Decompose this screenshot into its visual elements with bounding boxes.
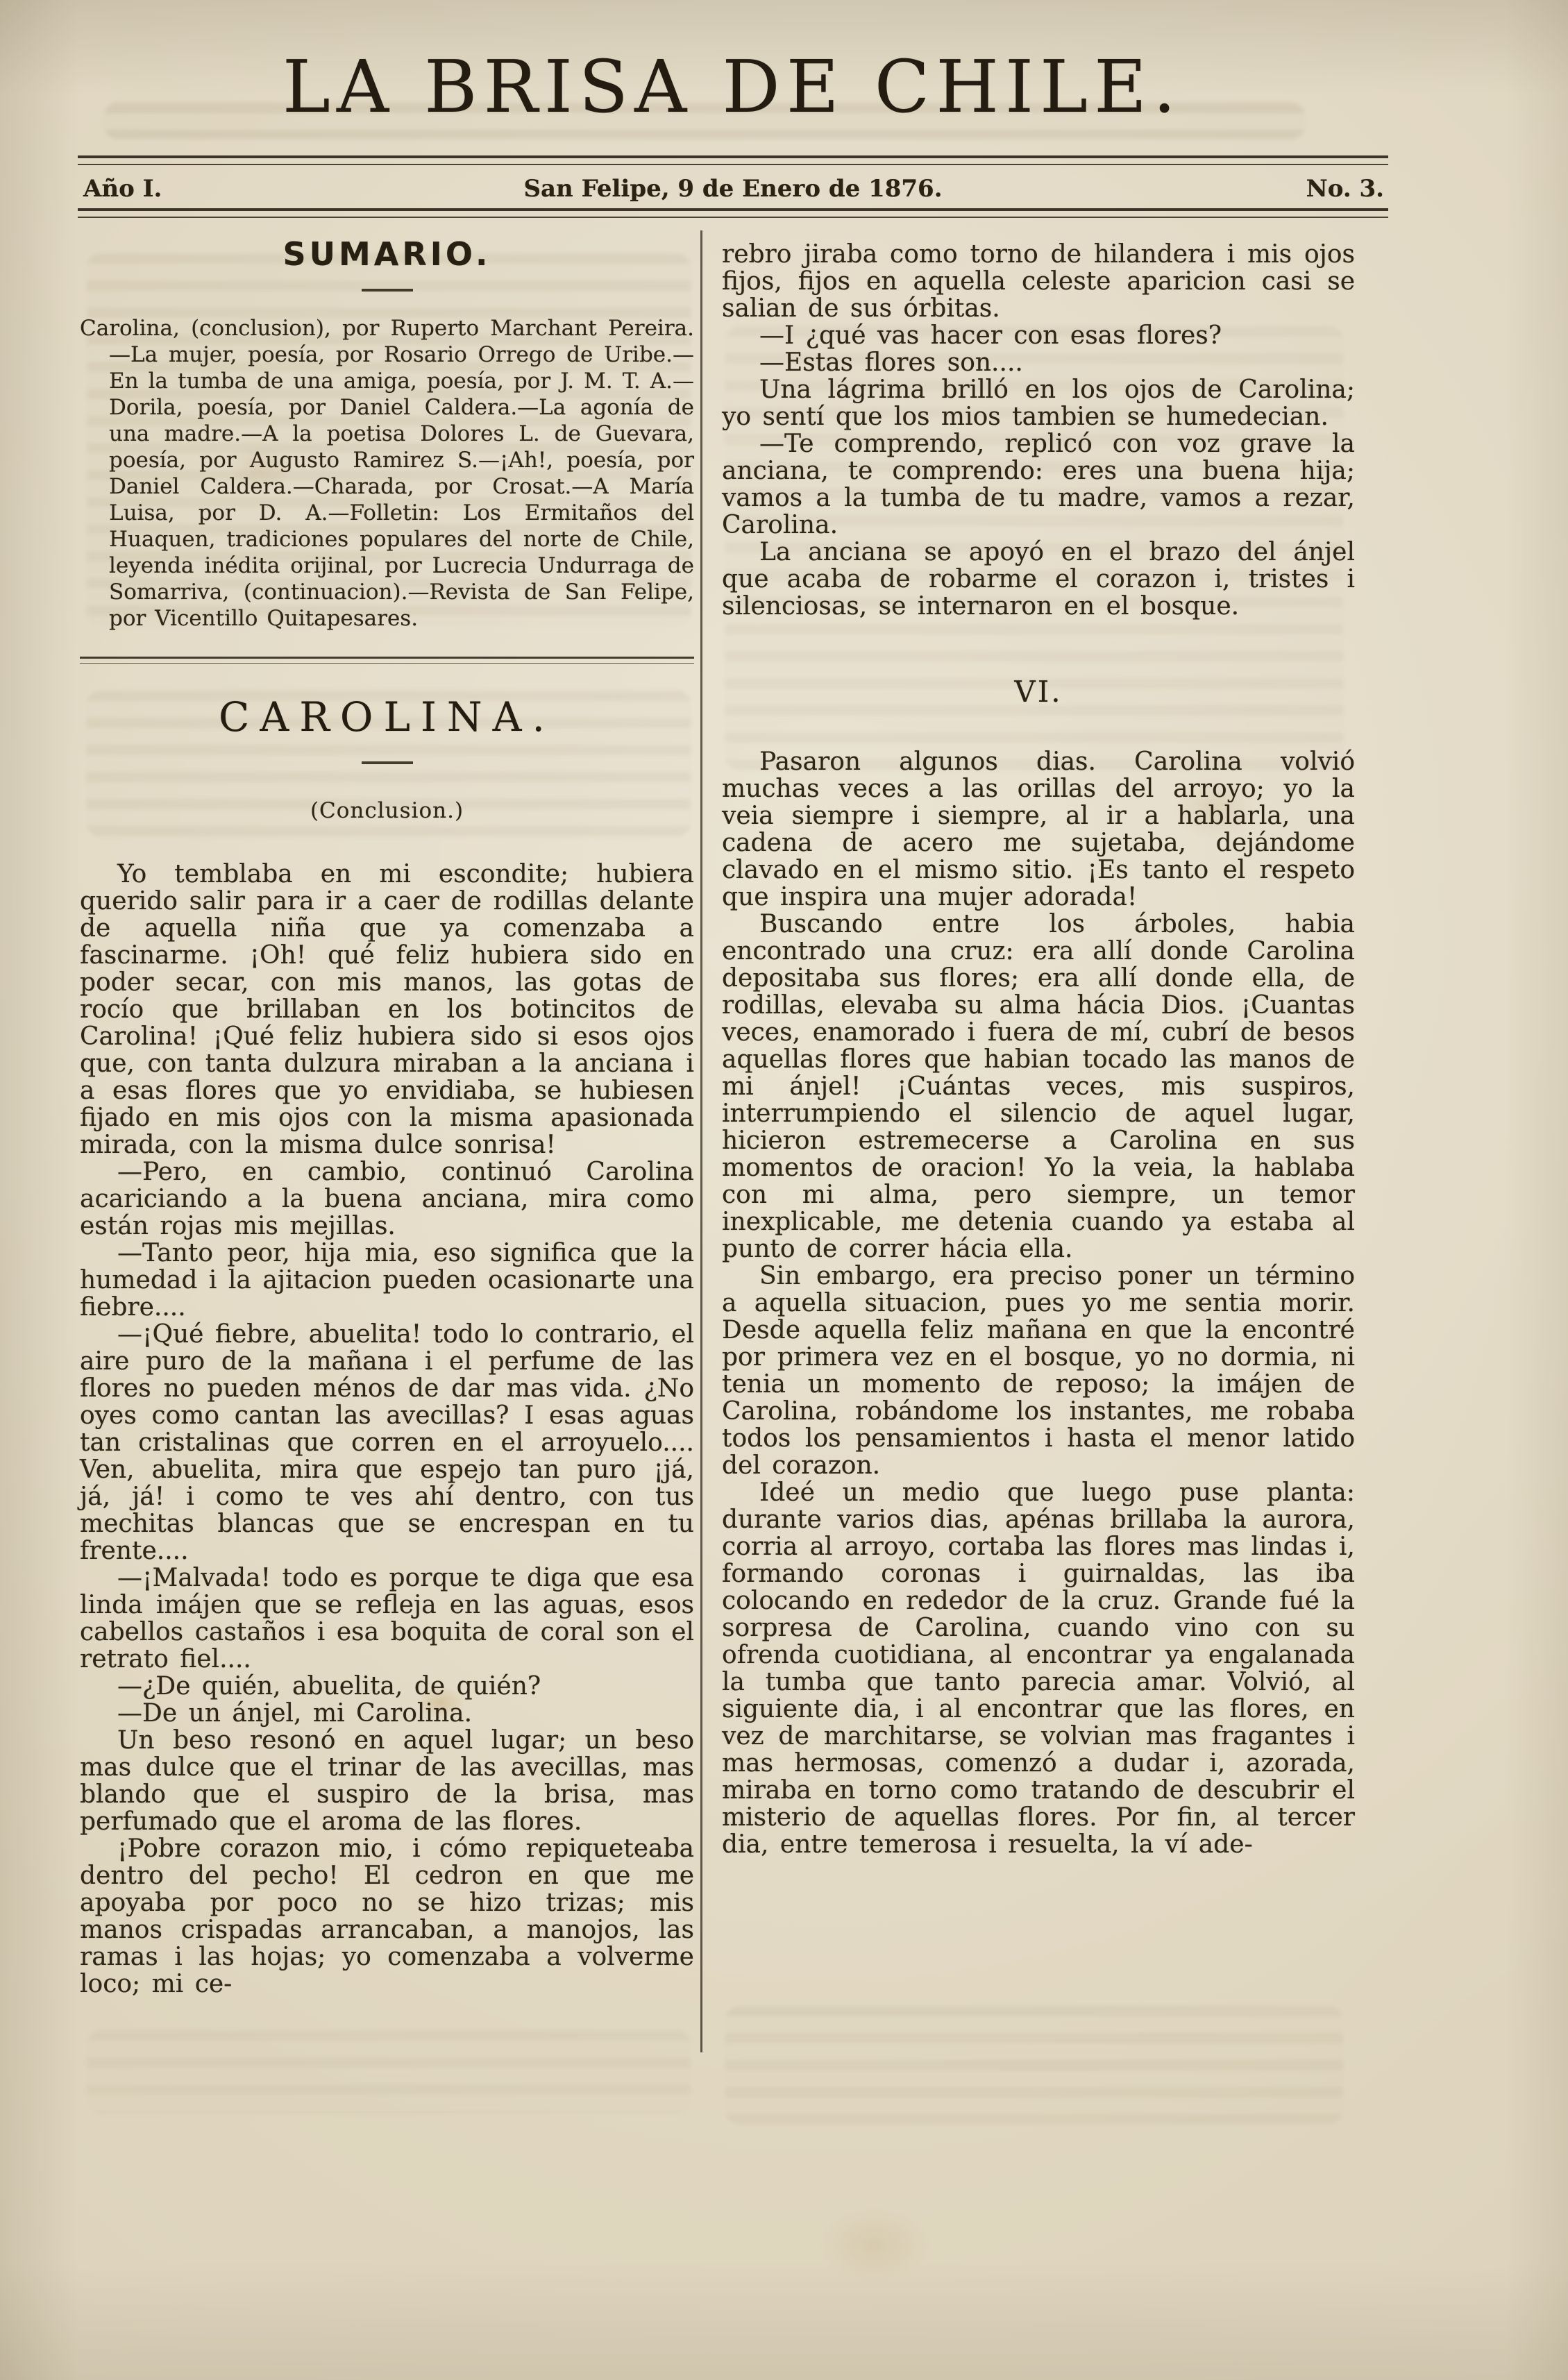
paragraph: La anciana se apoyó en el brazo del ánje… <box>722 539 1355 620</box>
paper-stain <box>819 2207 930 2284</box>
sumario-heading: SUMARIO. <box>80 241 694 268</box>
paragraph: Un beso resonó en aquel lugar; un beso m… <box>80 1727 694 1835</box>
sumario-entries: Carolina, (conclusion), por Ruperto Marc… <box>80 315 694 632</box>
left-column: SUMARIO. Carolina, (conclusion), por Rup… <box>80 233 694 1998</box>
article-body-left: Yo temblaba en mi escondite; hubiera que… <box>80 861 694 1998</box>
paragraph: Una lágrima brilló en los ojos de Caroli… <box>722 376 1355 430</box>
paragraph: —Estas flores son.... <box>722 349 1355 376</box>
article-title-dash <box>362 761 413 764</box>
paragraph: Sin embargo, era preciso poner un términ… <box>722 1263 1355 1479</box>
dateline-place-date: San Felipe, 9 de Enero de 1876. <box>78 175 1388 203</box>
paragraph: Ideé un medio que luego puse planta: dur… <box>722 1479 1355 1858</box>
masthead-title: LA BRISA DE CHILE. <box>76 44 1388 129</box>
paragraph: —Te comprendo, replicó con voz grave la … <box>722 430 1355 539</box>
newspaper-page: LA BRISA DE CHILE. Año I. San Felipe, 9 … <box>0 0 1568 2380</box>
paragraph: rebro jiraba como torno de hilandera i m… <box>722 241 1355 322</box>
paragraph: Pasaron algunos dias. Carolina volvió mu… <box>722 748 1355 911</box>
sumario-dash-divider <box>362 289 413 292</box>
column-divider <box>700 230 702 2052</box>
ink-showthrough <box>87 2030 691 2113</box>
dateline: Año I. San Felipe, 9 de Enero de 1876. N… <box>78 171 1388 207</box>
article-conclusion-note: (Conclusion.) <box>80 797 694 825</box>
dateline-issue: No. 3. <box>1306 175 1384 203</box>
paragraph: —¡Malvada! todo es porque te diga que es… <box>80 1564 694 1673</box>
paragraph: —¿De quién, abuelita, de quién? <box>80 1673 694 1700</box>
paragraph: Buscando entre los árboles, habia encont… <box>722 911 1355 1263</box>
paragraph: —I ¿qué vas hacer con esas flores? <box>722 322 1355 349</box>
article-separator-rule <box>80 657 694 664</box>
section-number: VI. <box>722 678 1355 705</box>
paragraph: —Pero, en cambio, continuó Carolina acar… <box>80 1158 694 1240</box>
paragraph: —¡Qué fiebre, abuelita! todo lo contrari… <box>80 1321 694 1564</box>
paragraph: —De un ánjel, mi Carolina. <box>80 1700 694 1727</box>
right-column: rebro jiraba como torno de hilandera i m… <box>722 233 1355 1858</box>
masthead-rule <box>78 155 1388 165</box>
article-body-right-before: rebro jiraba como torno de hilandera i m… <box>722 241 1355 620</box>
article-body-right-after: Pasaron algunos dias. Carolina volvió mu… <box>722 748 1355 1858</box>
paragraph: —Tanto peor, hija mia, eso significa que… <box>80 1240 694 1321</box>
article-title: CAROLINA. <box>80 704 694 731</box>
dateline-rule <box>78 208 1388 218</box>
ink-showthrough <box>725 2006 1343 2124</box>
paragraph: Yo temblaba en mi escondite; hubiera que… <box>80 861 694 1158</box>
paragraph: ¡Pobre corazon mio, i cómo repiqueteaba … <box>80 1835 694 1998</box>
